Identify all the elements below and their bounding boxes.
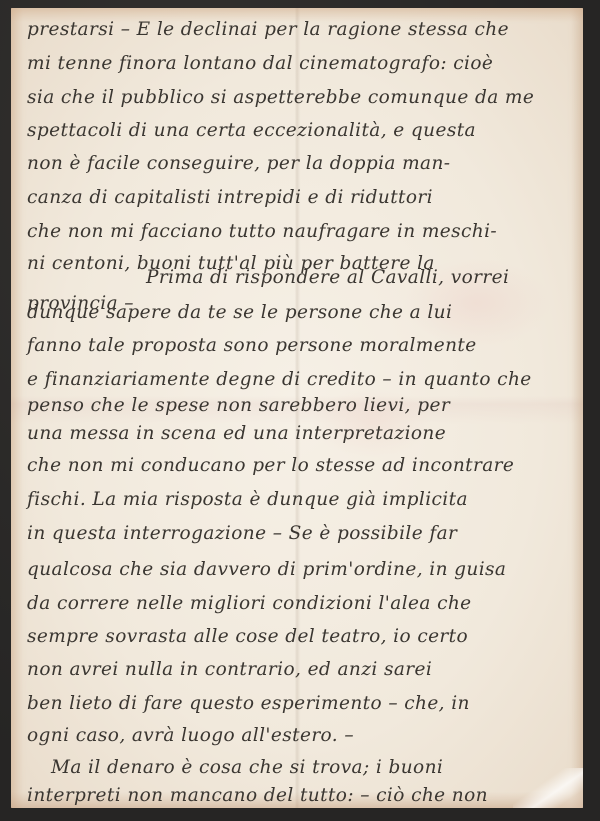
text-line-18: in questa interrogazione – Se è possibil… xyxy=(27,522,567,546)
text-line-12: fanno tale proposta sono persone moralme… xyxy=(27,334,567,358)
text-line-22: non avrei nulla in contrario, ed anzi sa… xyxy=(27,658,567,682)
text-line-23: ben lieto di fare questo esperimento – c… xyxy=(27,692,567,716)
text-line-19: qualcosa che sia davvero di prim'ordine,… xyxy=(27,558,567,582)
handwritten-text: prestarsi – E le declinai per la ragione… xyxy=(11,8,583,808)
text-line-13: e finanziariamente degne di credito – in… xyxy=(27,368,567,392)
text-line-26: interpreti non mancano del tutto: – ciò … xyxy=(27,784,567,808)
text-line-11: dunque sapere da te se le persone che a … xyxy=(27,301,567,325)
text-line-16: che non mi conducano per lo stesse ad in… xyxy=(27,454,567,478)
text-line-21: sempre sovrasta alle cose del teatro, io… xyxy=(27,625,567,649)
text-line-6: canza di capitalisti intrepidi e di ridu… xyxy=(27,186,567,210)
text-line-7: che non mi facciano tutto naufragare in … xyxy=(27,220,567,244)
text-line-10: Prima di rispondere al Cavalli, vorrei xyxy=(146,266,600,290)
text-line-24: ogni caso, avrà luogo all'estero. – xyxy=(27,724,567,748)
text-line-1: prestarsi – E le declinai per la ragione… xyxy=(27,18,567,42)
text-line-4: spettacoli di una certa eccezionalità, e… xyxy=(27,119,567,143)
text-line-15: una messa in scena ed una interpretazion… xyxy=(27,422,567,446)
text-line-14: penso che le spese non sarebbero lievi, … xyxy=(27,394,567,418)
text-line-25: Ma il denaro è cosa che si trova; i buon… xyxy=(51,756,591,780)
letter-page: prestarsi – E le declinai per la ragione… xyxy=(11,8,583,808)
text-line-17: fischi. La mia risposta è dunque già imp… xyxy=(27,488,567,512)
text-line-3: sia che il pubblico si aspetterebbe comu… xyxy=(27,86,567,110)
text-line-20: da correre nelle migliori condizioni l'a… xyxy=(27,592,567,616)
text-line-5: non è facile conseguire, per la doppia m… xyxy=(27,152,567,176)
text-line-2: mi tenne finora lontano dal cinematograf… xyxy=(27,52,567,76)
